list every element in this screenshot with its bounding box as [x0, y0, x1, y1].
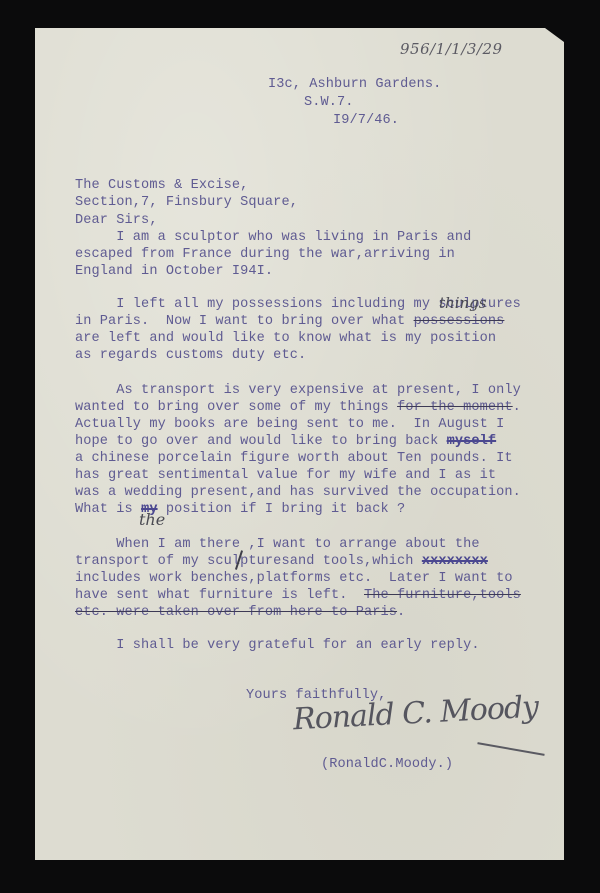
typed-name: (RonaldC.Moody.)	[321, 756, 453, 773]
paragraph-line: I shall be very grateful for an early re…	[75, 637, 480, 654]
paragraph-line: escaped from France during the war,arriv…	[75, 246, 455, 263]
paragraph-line: hope to go over and would like to bring …	[75, 433, 496, 450]
sender-address-line2: S.W.7.	[304, 94, 354, 111]
struck-word: myself	[447, 434, 497, 449]
paragraph-line: has great sentimental value for my wife …	[75, 467, 496, 484]
struck-phrase: etc. were taken over from here to Paris	[75, 605, 397, 620]
xed-out-word: xxxxxxxx	[422, 554, 488, 569]
paragraph-line: a chinese porcelain figure worth about T…	[75, 450, 513, 467]
struck-phrase: The furniture,tools	[364, 588, 521, 603]
struck-phrase: for the moment	[397, 400, 513, 415]
paragraph-line: have sent what furniture is left. The fu…	[75, 587, 521, 604]
recipient-line2: Section,7, Finsbury Square,	[75, 194, 298, 211]
paragraph-line: As transport is very expensive at presen…	[75, 382, 521, 399]
sender-address-line1: I3c, Ashburn Gardens.	[268, 76, 441, 93]
paragraph-line: was a wedding present,and has survived t…	[75, 484, 521, 501]
paragraph-line: etc. were taken over from here to Paris.	[75, 604, 405, 621]
archive-reference: 956/1/1/3/29	[400, 40, 503, 58]
letter-page: 956/1/1/3/29 I3c, Ashburn Gardens. S.W.7…	[35, 28, 564, 860]
struck-word: possessions	[414, 314, 505, 329]
paragraph-line: includes work benches,platforms etc. Lat…	[75, 570, 513, 587]
paragraph-line: transport of my sculpturesand tools,whic…	[75, 553, 488, 570]
paragraph-line: in Paris. Now I want to bring over what …	[75, 313, 504, 330]
paragraph-line: are left and would like to know what is …	[75, 330, 496, 347]
paragraph-line: as regards customs duty etc.	[75, 347, 306, 364]
handwritten-correction: things	[439, 294, 486, 312]
paragraph-line: I am a sculptor who was living in Paris …	[75, 229, 471, 246]
paragraph-line: England in October I94I.	[75, 263, 273, 280]
salutation: Dear Sirs,	[75, 212, 158, 229]
signature-flourish	[477, 742, 544, 756]
recipient-line1: The Customs & Excise,	[75, 177, 248, 194]
paragraph-line: When I am there ,I want to arrange about…	[75, 536, 480, 553]
handwritten-correction: the	[139, 510, 165, 529]
paragraph-line: Actually my books are being sent to me. …	[75, 416, 504, 433]
paragraph-line: What is my position if I bring it back ?	[75, 501, 405, 518]
letter-date: I9/7/46.	[333, 112, 399, 129]
paragraph-line: wanted to bring over some of my things f…	[75, 399, 521, 416]
